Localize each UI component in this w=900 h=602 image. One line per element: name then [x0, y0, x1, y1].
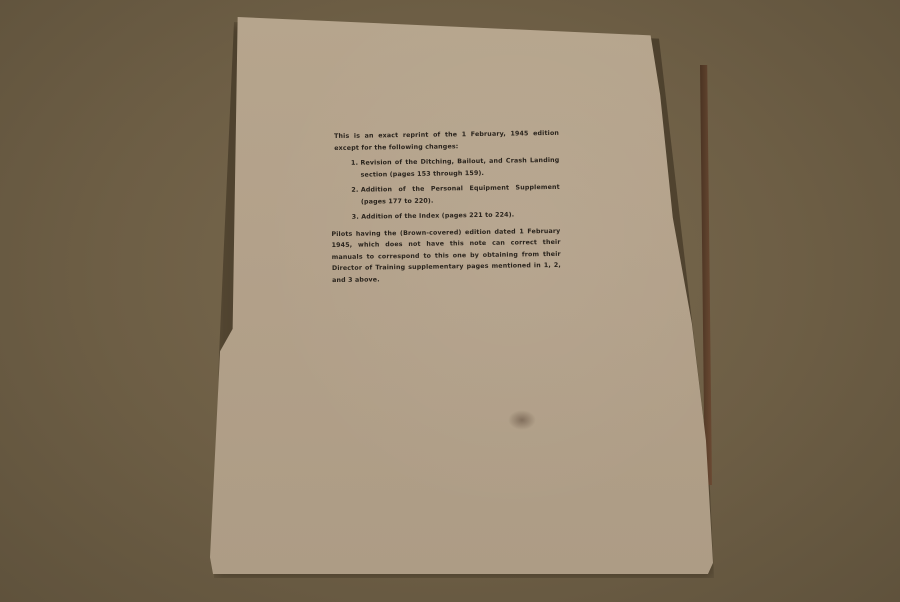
change-item-1: Revision of the Ditching, Bailout, and C… — [360, 155, 559, 181]
book-back-cover — [210, 17, 713, 574]
changes-list: Revision of the Ditching, Bailout, and C… — [334, 155, 560, 224]
change-item-2: Addition of the Personal Equipment Suppl… — [361, 182, 560, 208]
stain-mark — [508, 410, 536, 430]
change-item-3: Addition of the Index (pages 221 to 224)… — [361, 209, 560, 223]
photo-scene: This is an exact reprint of the 1 Februa… — [0, 0, 900, 602]
notice-outro: Pilots having the (Brown-covered) editio… — [331, 225, 561, 286]
notice-intro: This is an exact reprint of the 1 Februa… — [334, 128, 559, 154]
reprint-notice: This is an exact reprint of the 1 Februa… — [334, 128, 561, 286]
